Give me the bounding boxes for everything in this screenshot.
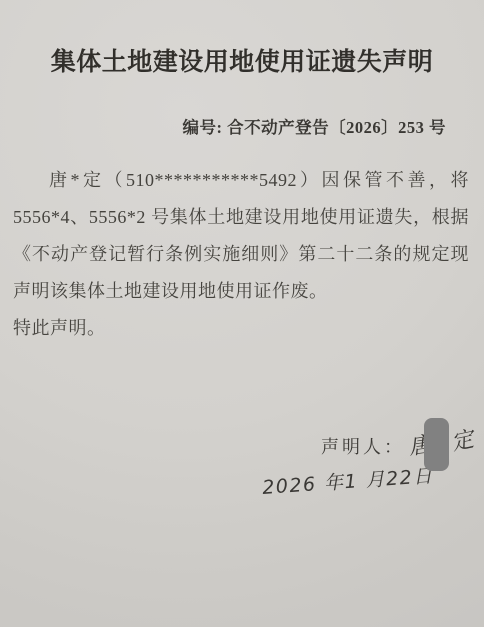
handwritten-date: 2026 年1 月22日: [261, 461, 434, 500]
declarant-label: 声明人：: [321, 437, 405, 457]
signature-row: 声明人：唐定: [321, 433, 475, 464]
handwritten-signature: 唐定: [409, 433, 475, 464]
closing-statement: 特此声明。: [13, 310, 469, 347]
scanned-declaration-page: 集体土地建设用地使用证遗失声明 编号: 合不动产登告〔2026〕253 号 唐*…: [0, 0, 484, 627]
declaration-paragraph: 唐*定（510***********5492）因保管不善，将 5556*4、55…: [13, 162, 469, 310]
redaction-box: [424, 418, 449, 471]
declaration-body: 唐*定（510***********5492）因保管不善，将 5556*4、55…: [13, 162, 469, 347]
signature-char-right: 定: [448, 422, 476, 457]
document-number: 编号: 合不动产登告〔2026〕253 号: [183, 114, 447, 138]
document-title: 集体土地建设用地使用证遗失声明: [0, 42, 484, 78]
